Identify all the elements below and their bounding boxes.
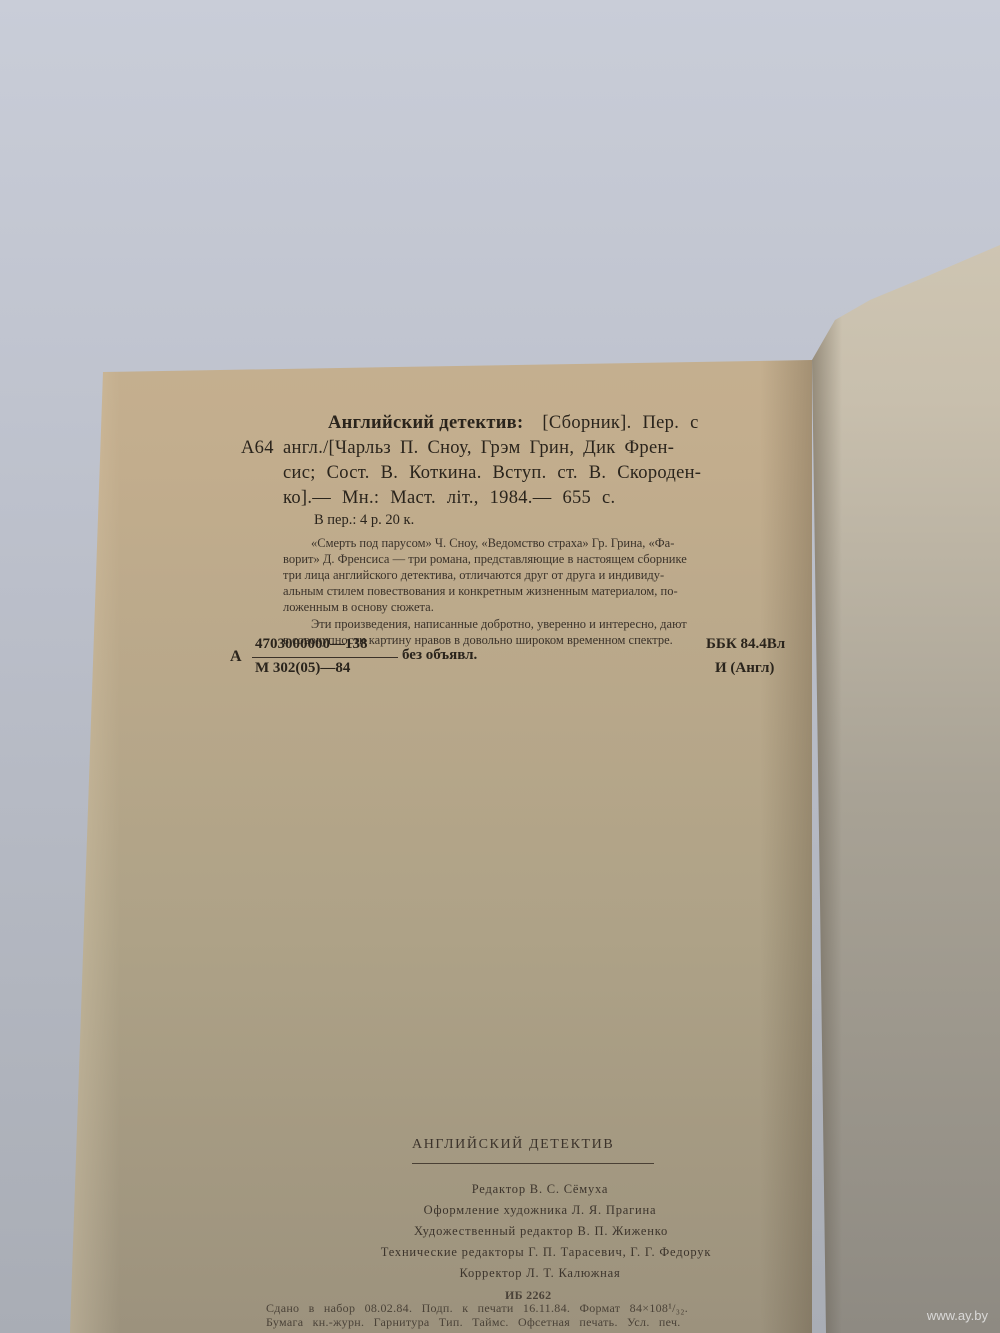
- imprint-line-2: Бумага кн.-журн. Гарнитура Тип. Таймс. О…: [266, 1315, 681, 1330]
- book-title: Английский детектив:: [328, 413, 523, 433]
- credit-line: Редактор В. С. Сёмуха: [260, 1182, 820, 1203]
- credit-line: Художественный редактор В. П. Жиженко: [262, 1224, 820, 1245]
- imprint-line-1: Сдано в набор 08.02.84. Подп. к печати 1…: [266, 1301, 688, 1316]
- fraction-denominator: М 302(05)—84: [255, 660, 350, 677]
- title-rest: [Сборник]. Пер. с: [542, 413, 698, 433]
- annotation-line: ложенным в основу сюжета.: [283, 599, 803, 615]
- fraction-suffix: без объявл.: [402, 647, 477, 664]
- catalog-card-line-2: англ./[Чарльз П. Сноу, Грэм Грин, Дик Фр…: [283, 437, 674, 460]
- catalog-card-line-4: ко].— Мн.: Маст. літ., 1984.— 655 с.: [283, 487, 615, 510]
- fraction-numerator: 4703000000—138: [255, 636, 368, 653]
- annotation-paragraph-1: «Смерть под парусом» Ч. Сноу, «Ведомство…: [283, 535, 803, 615]
- shelf-mark: А64: [241, 437, 274, 460]
- credits-list: Редактор В. С. Сёмуха Оформление художни…: [300, 1182, 820, 1287]
- annotation-line: Эти произведения, написанные добротно, у…: [283, 616, 803, 632]
- watermark: www.ay.by: [927, 1308, 988, 1323]
- annotation-line: ворит» Д. Френсиса — три романа, предста…: [283, 551, 803, 567]
- credit-line: Технические редакторы Г. П. Тарасевич, Г…: [272, 1245, 820, 1266]
- fraction-bar: [252, 657, 398, 658]
- bbk-subcode: И (Англ): [715, 660, 774, 677]
- annotation-line: альным стилем повествования и конкретным…: [283, 583, 803, 599]
- catalog-card-line-1: Английский детектив: [Сборник]. Пер. с: [328, 412, 808, 435]
- credit-line: Корректор Л. Т. Калюжная: [260, 1266, 820, 1287]
- price: В пер.: 4 р. 20 к.: [314, 512, 414, 529]
- credits-rule: [412, 1163, 654, 1164]
- index-letter: А: [230, 648, 242, 666]
- page-edge: [70, 372, 120, 1333]
- bbk-code: ББК 84.4Вл: [706, 636, 785, 653]
- credits-heading: АНГЛИЙСКИЙ ДЕТЕКТИВ: [412, 1137, 614, 1153]
- credit-line: Оформление художника Л. Я. Прагина: [260, 1203, 820, 1224]
- annotation-line: «Смерть под парусом» Ч. Сноу, «Ведомство…: [283, 535, 803, 551]
- right-page-gutter-shadow: [812, 300, 842, 1333]
- catalog-card-line-3: сис; Сост. В. Коткина. Вступ. ст. В. Ско…: [283, 462, 701, 485]
- annotation-line: три лица английского детектива, отличают…: [283, 567, 803, 583]
